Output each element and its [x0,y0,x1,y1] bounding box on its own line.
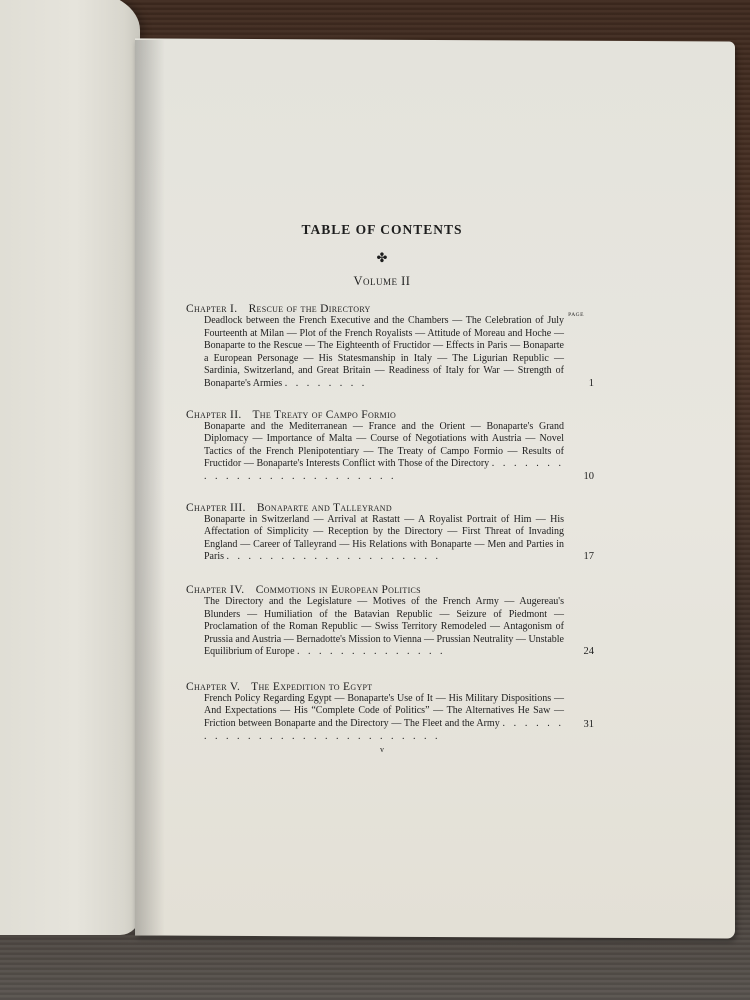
chapter-entry: Chapter II. The Treaty of Campo Formio B… [186,409,578,484]
leader-dots: . . . . . . . . [285,378,368,389]
chapter-title: The Treaty of Campo Formio [252,409,396,421]
chapter-number: Chapter I. [186,303,237,315]
chapter-summary: Bonaparte and the Mediterranean — France… [204,421,564,484]
leader-dots: . . . . . . . . . . . . . . [297,646,446,657]
chapter-number: Chapter IV. [186,584,245,596]
page-column-label: PAGE [568,309,584,322]
chapter-title: The Expedition to Egypt [251,681,372,693]
page-number: 24 [584,646,595,659]
chapter-summary: The Directory and the Legislature — Moti… [204,596,564,659]
chapter-number: Chapter II. [186,409,242,421]
left-page [0,0,140,935]
chapter-title: Bonaparte and Talleyrand [257,502,392,514]
chapter-summary: French Policy Regarding Egypt — Bonapart… [204,693,564,743]
volume-heading: Volume II [186,274,578,289]
chapter-heading: Chapter IV. Commotions in European Polit… [186,584,578,596]
chapter-entry: Chapter V. The Expedition to Egypt Frenc… [186,681,578,743]
ornament-icon: ✤ [186,250,578,266]
chapter-entry: Chapter I. Rescue of the Directory PAGE … [186,303,578,391]
page-number: 1 [589,378,594,391]
page-number: 10 [584,471,595,484]
chapter-summary: PAGE Deadlock between the French Executi… [204,315,564,391]
chapter-summary: Bonaparte in Switzerland — Arrival at Ra… [204,514,564,564]
chapter-title: Commotions in European Politics [256,584,421,596]
chapter-heading: Chapter II. The Treaty of Campo Formio [186,409,578,421]
folio-page-number: v [186,745,578,754]
chapter-number: Chapter V. [186,681,240,693]
page-number: 31 [584,719,595,732]
page-title: TABLE OF CONTENTS [186,222,578,238]
chapter-heading: Chapter I. Rescue of the Directory [186,303,578,315]
chapter-entry: Chapter III. Bonaparte and Talleyrand Bo… [186,502,578,564]
chapter-title: Rescue of the Directory [249,303,371,315]
book-gutter-shadow [135,40,165,935]
leader-dots: . . . . . . . . . . . . . . . . . . . . [227,551,442,562]
table-of-contents: TABLE OF CONTENTS ✤ Volume II Chapter I.… [186,222,578,754]
chapter-heading: Chapter III. Bonaparte and Talleyrand [186,502,578,514]
page-number: 17 [584,551,595,564]
chapter-heading: Chapter V. The Expedition to Egypt [186,681,578,693]
chapter-entry: Chapter IV. Commotions in European Polit… [186,584,578,659]
chapter-number: Chapter III. [186,502,246,514]
